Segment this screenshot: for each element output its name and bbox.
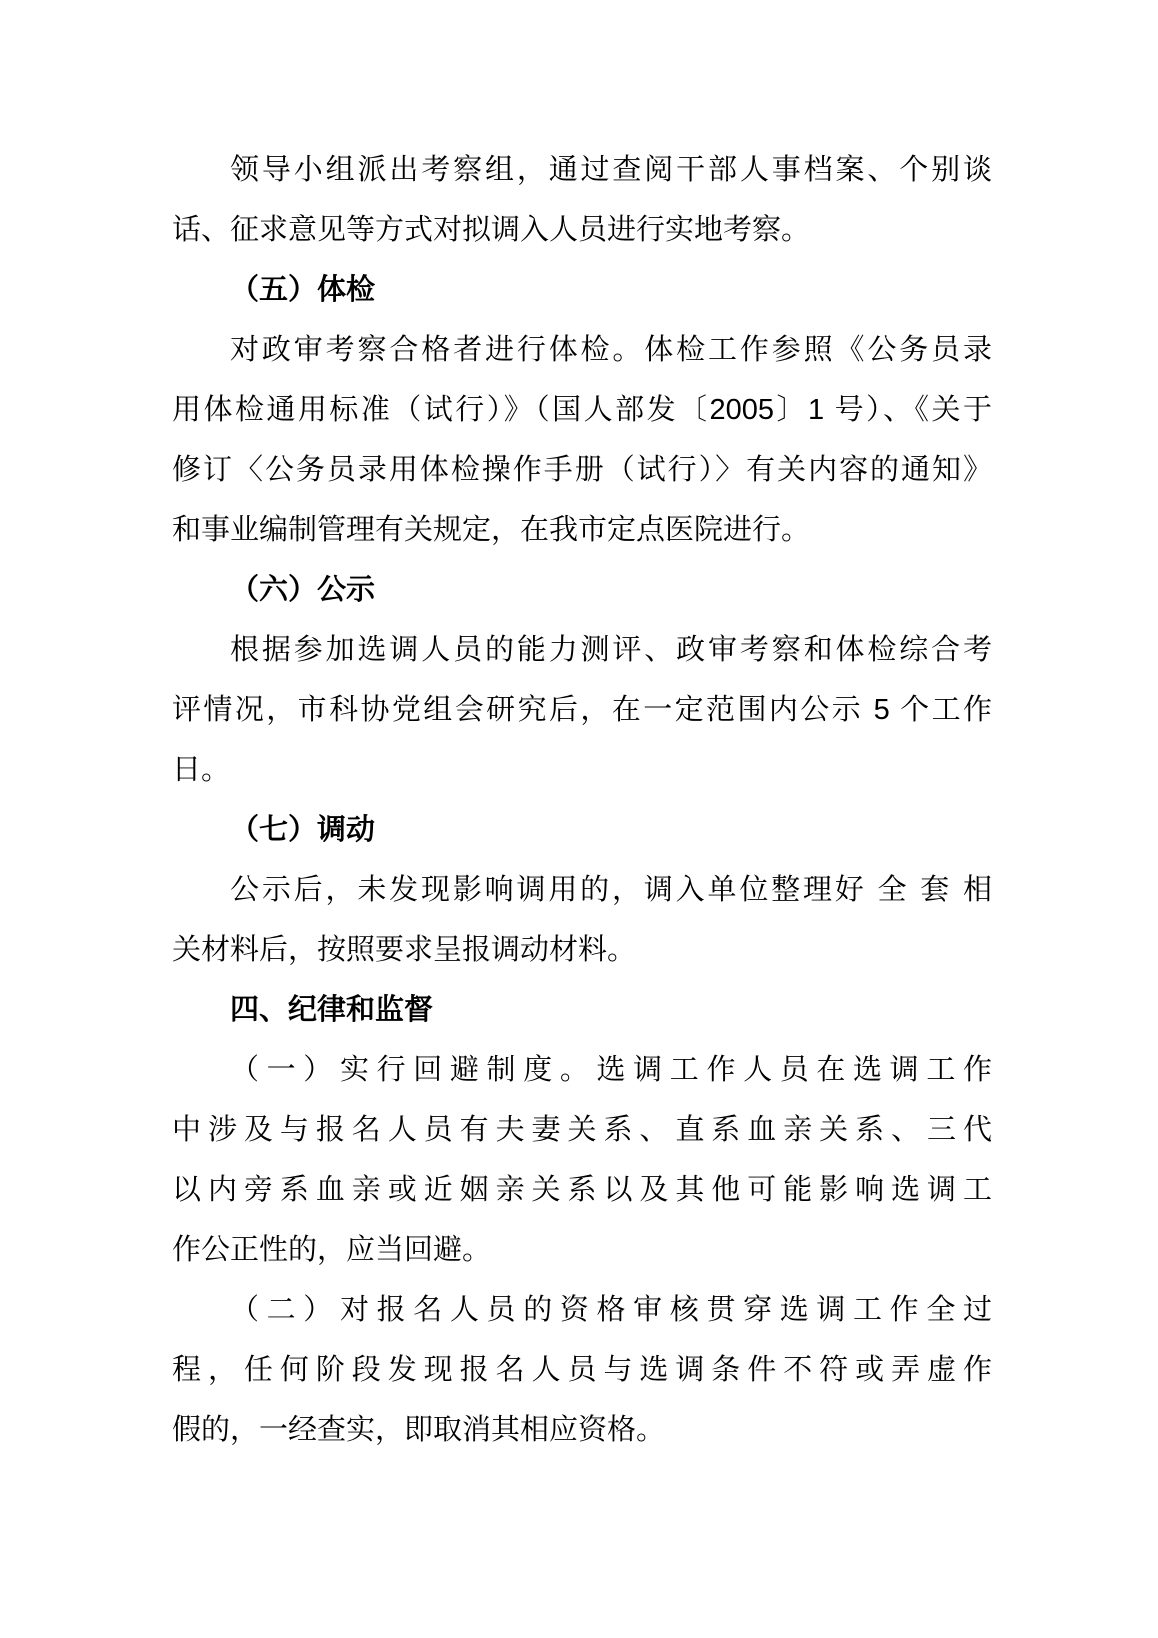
section-heading: （五）体检 [172,260,992,320]
text-line: 公示后，未发现影响调用的，调入单位整理好 全 套 相 [172,860,992,920]
text-line: 根据参加选调人员的能力测评、政审考察和体检综合考 [172,620,992,680]
text-line: 领导小组派出考察组，通过查阅干部人事档案、个别谈 [172,140,992,200]
document-page: 领导小组派出考察组，通过查阅干部人事档案、个别谈话、征求意见等方式对拟调入人员进… [0,0,1158,1638]
text-line: （二）对报名人员的资格审核贯穿选调工作全过 [172,1280,992,1340]
document-body: 领导小组派出考察组，通过查阅干部人事档案、个别谈话、征求意见等方式对拟调入人员进… [172,140,992,1460]
text-line: 中涉及与报名人员有夫妻关系、直系血亲关系、三代 [172,1100,992,1160]
section-heading: （六）公示 [172,560,992,620]
text-line: 作公正性的，应当回避。 [172,1220,992,1280]
text-line: 话、征求意见等方式对拟调入人员进行实地考察。 [172,200,992,260]
text-line: 假的，一经查实，即取消其相应资格。 [172,1400,992,1460]
section-heading: （七）调动 [172,800,992,860]
section-heading: 四、纪律和监督 [172,980,992,1040]
text-line: 关材料后，按照要求呈报调动材料。 [172,920,992,980]
text-line: 评情况，市科协党组会研究后，在一定范围内公示 5 个工作 [172,680,992,740]
text-line: （一）实行回避制度。选调工作人员在选调工作 [172,1040,992,1100]
text-line: 程，任何阶段发现报名人员与选调条件不符或弄虚作 [172,1340,992,1400]
text-line: 以内旁系血亲或近姻亲关系以及其他可能影响选调工 [172,1160,992,1220]
text-line: 对政审考察合格者进行体检。体检工作参照《公务员录 [172,320,992,380]
text-line: 修订〈公务员录用体检操作手册（试行）〉有关内容的通知》 [172,440,992,500]
text-line: 和事业编制管理有关规定，在我市定点医院进行。 [172,500,992,560]
text-line: 用体检通用标准（试行）》（国人部发〔2005〕1 号）、《关于 [172,380,992,440]
text-line: 日。 [172,740,992,800]
